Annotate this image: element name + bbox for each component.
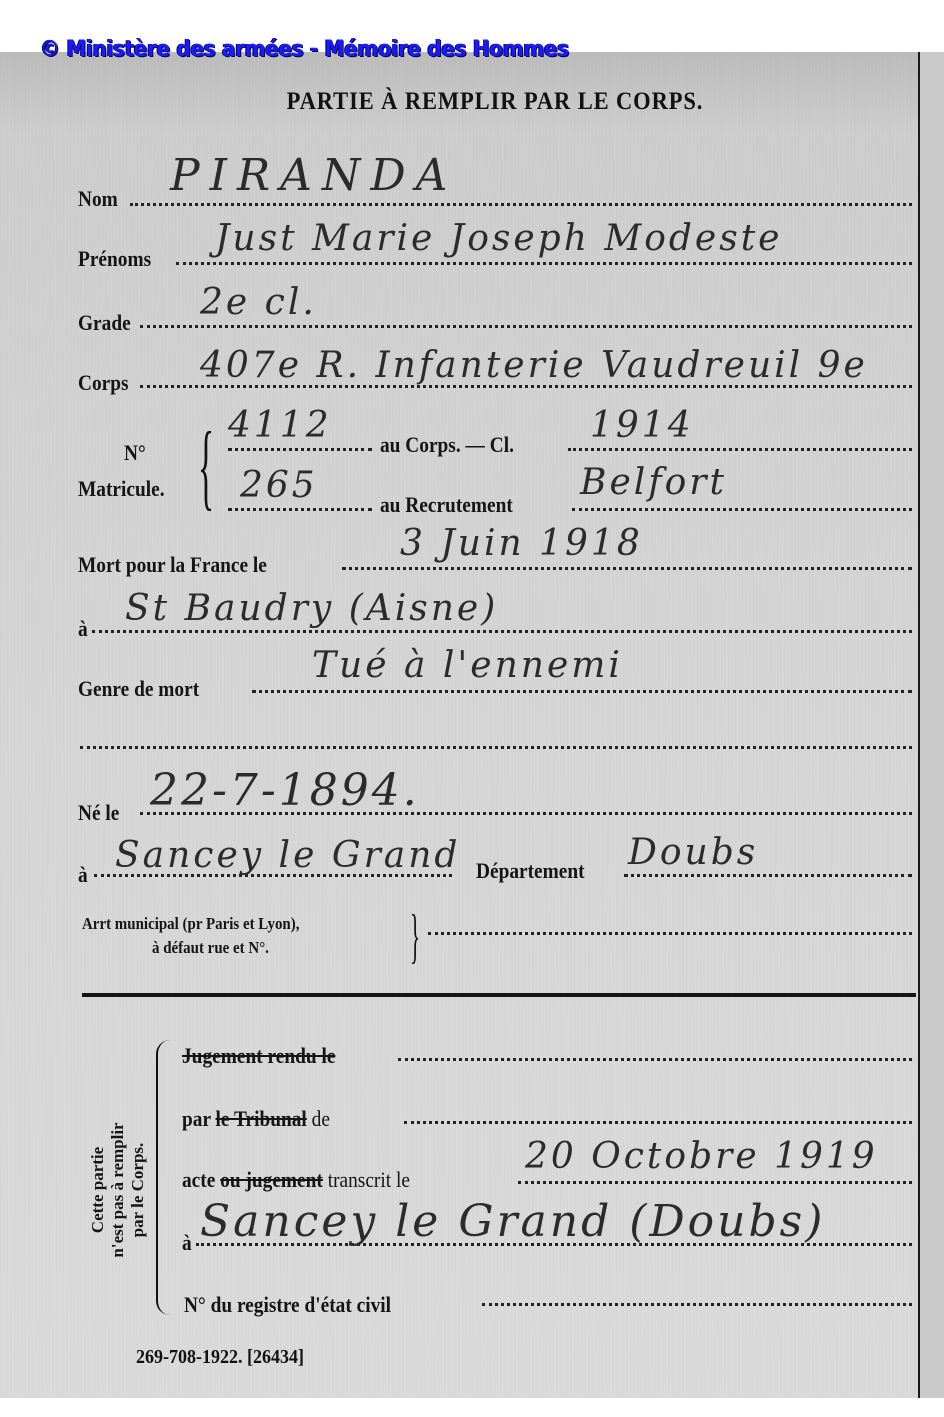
corps-label: Corps bbox=[78, 370, 129, 396]
recrutement-value: Belfort bbox=[580, 462, 727, 503]
corps-value: 407e R. Infanterie Vaudreuil 9e bbox=[200, 345, 868, 386]
page-edge-strip bbox=[920, 52, 944, 1398]
naissance-date-label: Né le bbox=[78, 800, 119, 826]
jugement-label-struck: Jugement rendu le bbox=[182, 1043, 335, 1068]
tribunal-prefix: par bbox=[182, 1106, 211, 1131]
transcrit-label: acte ou jugement transcrit le bbox=[182, 1167, 410, 1193]
side-brace bbox=[156, 1040, 170, 1315]
naissance-lieu-label: à bbox=[78, 862, 88, 888]
jugement-label: Jugement rendu le bbox=[182, 1043, 335, 1069]
transcrit-value: 20 Octobre 1919 bbox=[525, 1136, 878, 1177]
mort-lieu-value: St Baudry (Aisne) bbox=[125, 588, 498, 629]
matricule-label-no: N° bbox=[124, 440, 146, 466]
nom-line bbox=[130, 203, 912, 206]
arrondissement-label-line2: à défaut rue et N°. bbox=[152, 938, 269, 958]
matricule-label: Matricule. bbox=[78, 476, 165, 502]
tribunal-suffix: de bbox=[312, 1106, 330, 1131]
form-title: PARTIE À REMPLIR PAR LE CORPS. bbox=[50, 88, 941, 116]
matricule-recrutement-line bbox=[228, 508, 372, 511]
transcrit-line bbox=[518, 1181, 912, 1184]
prenoms-line bbox=[176, 262, 912, 265]
prenoms-label: Prénoms bbox=[78, 246, 151, 272]
mort-date-line bbox=[342, 567, 912, 570]
mort-date-value: 3 Juin 1918 bbox=[400, 523, 643, 564]
tribunal-line bbox=[404, 1121, 912, 1124]
matricule-corps-line bbox=[228, 448, 372, 451]
blank-line bbox=[80, 746, 912, 749]
matricule-corps-number: 4112 bbox=[228, 405, 332, 446]
side-note-line3: par le Corps. bbox=[128, 1122, 148, 1257]
mort-lieu-line bbox=[92, 630, 912, 633]
arrondissement-line bbox=[428, 932, 912, 935]
registre-line bbox=[482, 1303, 912, 1306]
matricule-brace: { bbox=[198, 418, 214, 514]
matricule-corps-label: au Corps. — Cl. bbox=[380, 432, 514, 458]
departement-line bbox=[624, 874, 912, 877]
jugement-line bbox=[398, 1058, 912, 1061]
mort-date-label: Mort pour la France le bbox=[78, 552, 267, 578]
transcrit-lieu-value: Sancey le Grand (Doubs) bbox=[200, 1196, 825, 1247]
nom-value: PIRANDA bbox=[170, 150, 457, 201]
genre-mort-value: Tué à l'ennemi bbox=[312, 645, 623, 686]
naissance-lieu-value: Sancey le Grand bbox=[115, 835, 460, 876]
genre-mort-line bbox=[252, 690, 912, 693]
nom-label: Nom bbox=[78, 186, 118, 212]
tribunal-struck: le Tribunal bbox=[216, 1106, 307, 1131]
grade-line bbox=[140, 325, 912, 328]
departement-label: Département bbox=[476, 858, 585, 884]
matricule-recrutement-number: 265 bbox=[240, 465, 318, 506]
transcrit-suffix: transcrit le bbox=[328, 1167, 410, 1192]
genre-mort-label: Genre de mort bbox=[78, 676, 199, 702]
grade-value: 2e cl. bbox=[200, 282, 317, 323]
transcrit-struck: ou jugement bbox=[220, 1167, 323, 1192]
recrutement-label: au Recrutement bbox=[380, 492, 513, 518]
copyright-watermark: © Ministère des armées - Mémoire des Hom… bbox=[40, 37, 569, 62]
side-note-line1: Cette partie bbox=[88, 1122, 108, 1257]
transcrit-prefix: acte bbox=[182, 1167, 215, 1192]
section-divider bbox=[82, 993, 916, 997]
mort-lieu-label: à bbox=[78, 616, 88, 642]
side-note-line2: n'est pas à remplir bbox=[108, 1122, 128, 1257]
grade-label: Grade bbox=[78, 310, 131, 336]
classe-value: 1914 bbox=[590, 405, 694, 446]
registre-label: N° du registre d'état civil bbox=[184, 1292, 391, 1318]
side-note: Cette partie n'est pas à remplir par le … bbox=[88, 1122, 148, 1257]
classe-line bbox=[568, 448, 912, 451]
tribunal-label: par le Tribunal de bbox=[182, 1106, 330, 1132]
print-reference: 269-708-1922. [26434] bbox=[136, 1346, 304, 1369]
prenoms-value: Just Marie Joseph Modeste bbox=[215, 218, 783, 259]
transcrit-lieu-label: à bbox=[182, 1230, 192, 1256]
naissance-date-value: 22-7-1894. bbox=[150, 765, 420, 816]
recrutement-line bbox=[572, 508, 912, 511]
arrondissement-label-line1: Arrt municipal (pr Paris et Lyon), bbox=[82, 914, 299, 934]
departement-value: Doubs bbox=[628, 832, 758, 873]
arrondissement-brace: } bbox=[410, 906, 420, 966]
